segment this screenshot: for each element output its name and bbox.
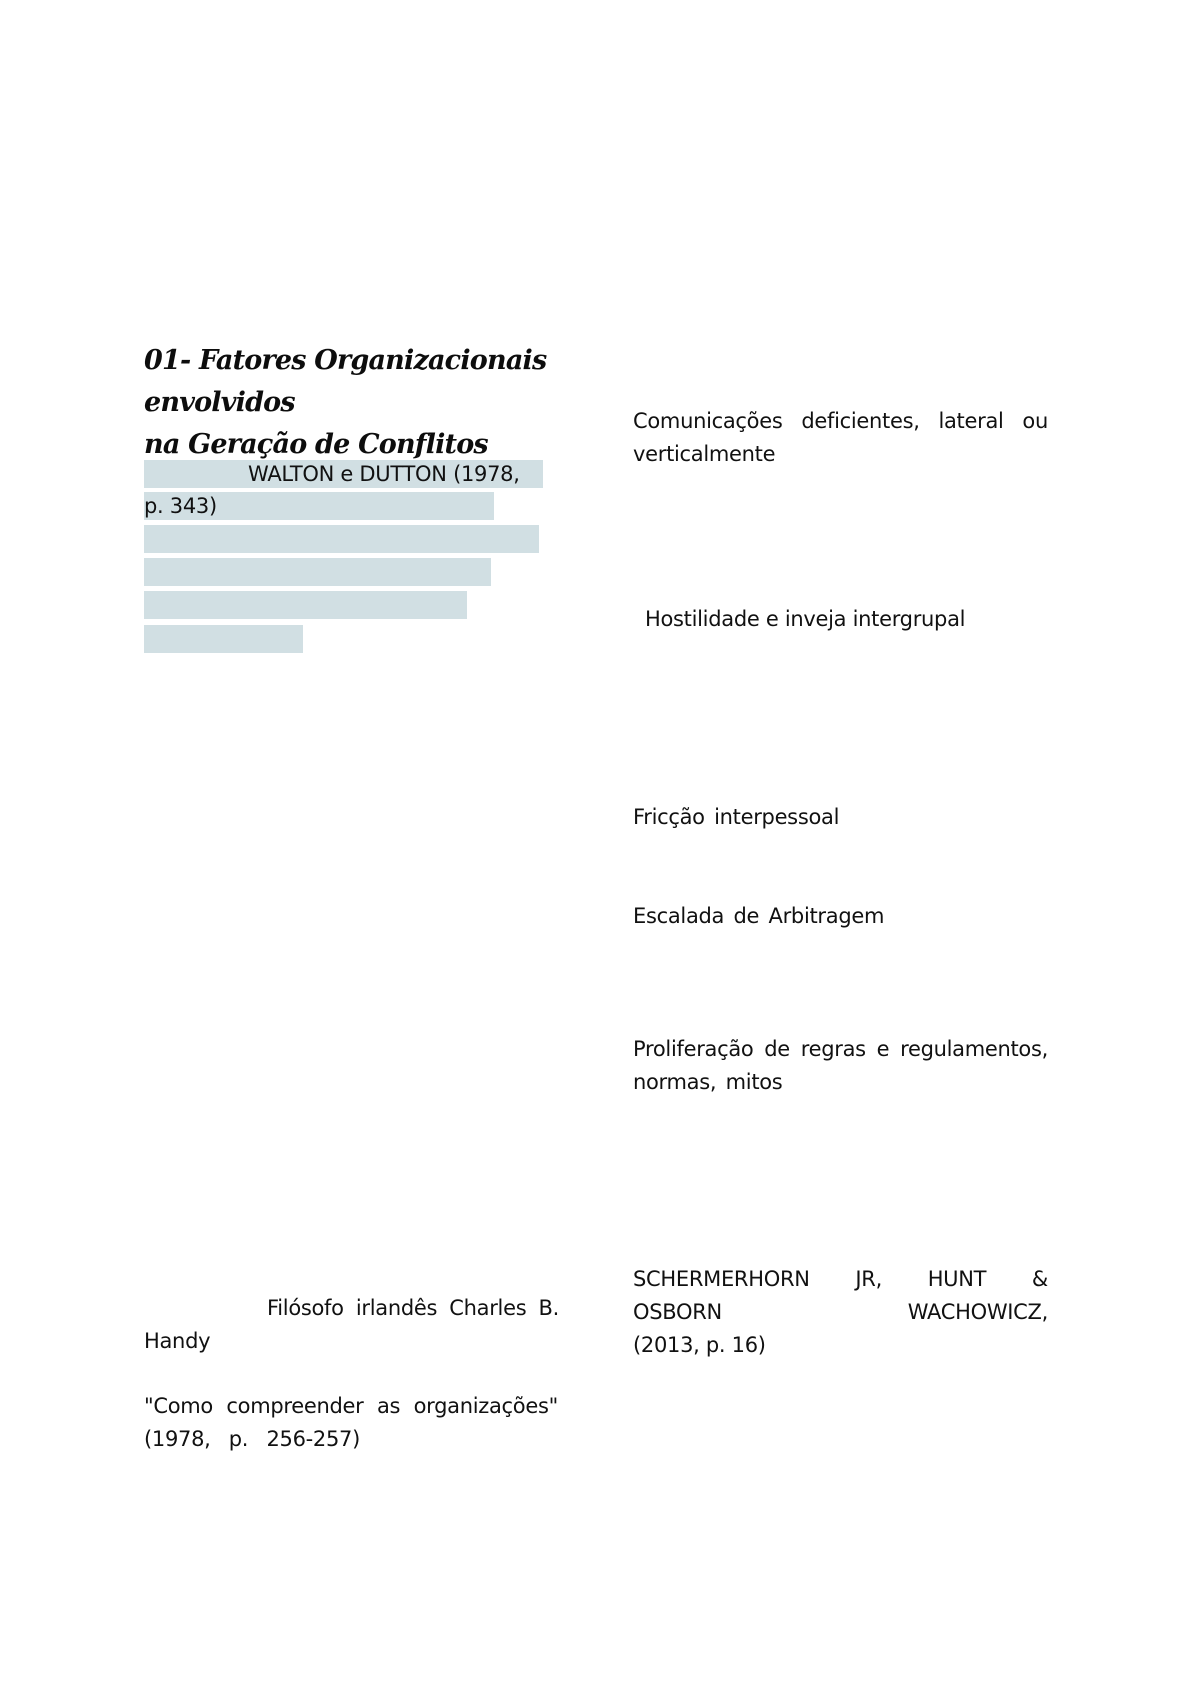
factor-communications: Comunicaçõesdeficientes,lateralou vertic… — [633, 405, 1048, 471]
word: (1978, — [144, 1423, 211, 1456]
handy-name: Handy — [144, 1325, 210, 1358]
book-ref-line: (1978,p.256-257) — [144, 1423, 360, 1456]
word: JR, — [855, 1263, 882, 1296]
citation-walton-dutton: WALTON e DUTTON (1978, — [248, 460, 520, 488]
handy-intro: FilósofoirlandêsCharlesB. — [267, 1292, 559, 1325]
highlight-bar — [144, 525, 539, 553]
word: B. — [538, 1292, 558, 1325]
factor-line-1: Comunicaçõesdeficientes,lateralou — [633, 405, 1048, 438]
word: SCHERMERHORN — [633, 1263, 810, 1296]
word: lateral — [938, 405, 1003, 438]
handy-book-title: "Comocompreenderasorganizações" — [144, 1390, 558, 1423]
word: Filósofo — [267, 1292, 344, 1325]
word: OSBORN — [633, 1296, 722, 1329]
word: deficientes, — [801, 405, 919, 438]
word: e — [877, 1033, 890, 1066]
reference-line-3: (2013, p. 16) — [633, 1329, 1048, 1362]
word: 256-257) — [266, 1423, 360, 1456]
highlight-bar — [144, 558, 491, 586]
highlight-bar — [144, 625, 303, 653]
factor-line-2: normas, mitos — [633, 1066, 1048, 1099]
word: ou — [1022, 405, 1048, 438]
word: organizações" — [414, 1390, 558, 1423]
word: Comunicações — [633, 405, 783, 438]
word: Proliferação — [633, 1033, 753, 1066]
factor-line-1: Proliferaçãoderegraseregulamentos, — [633, 1033, 1048, 1066]
reference-schermerhorn: SCHERMERHORNJR,HUNT& OSBORNWACHOWICZ, (2… — [633, 1263, 1048, 1362]
word: HUNT — [928, 1263, 987, 1296]
highlight-bar — [144, 591, 467, 619]
book-title-line: "Comocompreenderasorganizações" — [144, 1390, 558, 1423]
factor-hostility: Hostilidade e inveja intergrupal — [645, 603, 1060, 636]
section-title: 01- Fatores Organizacionais envolvidos n… — [144, 340, 584, 466]
handy-line-1: FilósofoirlandêsCharlesB. — [267, 1292, 559, 1325]
word: Charles — [449, 1292, 526, 1325]
word: p. — [229, 1423, 248, 1456]
handy-book-ref: (1978,p.256-257) — [144, 1423, 360, 1456]
reference-line-2: OSBORNWACHOWICZ, — [633, 1296, 1048, 1329]
word: regras — [801, 1033, 866, 1066]
section-title-line-1: 01- Fatores Organizacionais envolvidos — [144, 340, 584, 424]
word: "Como — [144, 1390, 213, 1423]
factor-rules-proliferation: Proliferaçãoderegraseregulamentos, norma… — [633, 1033, 1048, 1099]
word: & — [1032, 1263, 1048, 1296]
citation-page: p. 343) — [144, 492, 217, 520]
word: regulamentos, — [900, 1033, 1048, 1066]
word: as — [377, 1390, 400, 1423]
word: WACHOWICZ, — [908, 1296, 1048, 1329]
word: irlandês — [356, 1292, 437, 1325]
factor-interpersonal-friction: Fricção interpessoal — [633, 801, 1048, 834]
reference-line-1: SCHERMERHORNJR,HUNT& — [633, 1263, 1048, 1296]
word: de — [764, 1033, 790, 1066]
factor-line-2: verticalmente — [633, 438, 1048, 471]
word: compreender — [226, 1390, 363, 1423]
factor-arbitration-escalation: Escalada de Arbitragem — [633, 900, 1048, 933]
